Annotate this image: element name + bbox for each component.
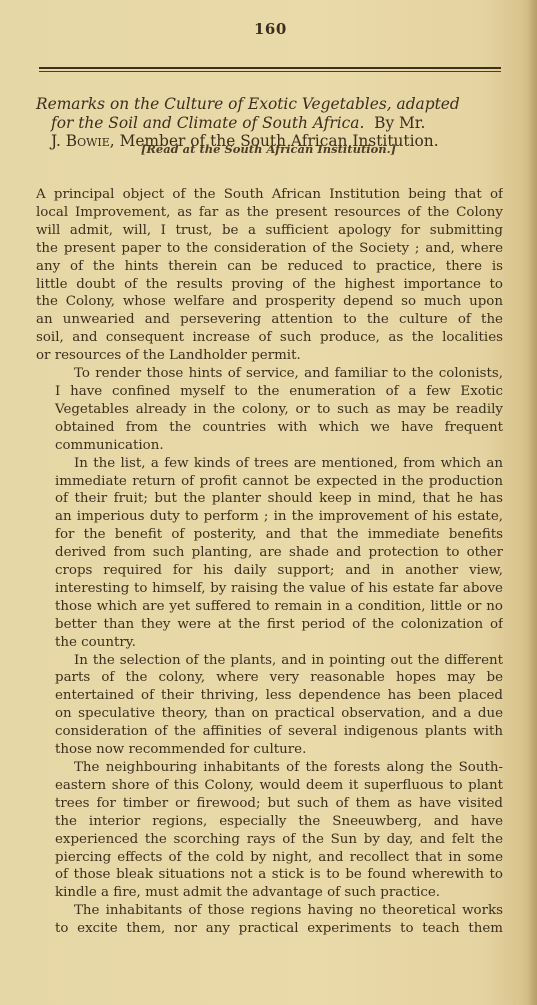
title-line-2: for the Soil and Climate of South Africa… [36, 114, 502, 133]
text-line: experienced the scorching rays of the Su… [36, 831, 503, 849]
text-line: crops required for his daily support; an… [36, 562, 503, 580]
article-body: A principal object of the South African … [36, 186, 503, 938]
paragraph-4: In the selection of the plants, and in p… [36, 652, 503, 759]
paragraph-3: In the list, a few kinds of trees are me… [36, 455, 503, 652]
text-line: any of the hints therein can be reduced … [36, 258, 503, 276]
text-line: communication. [36, 437, 503, 455]
text-line: soil, and consequent increase of such pr… [36, 329, 503, 347]
text-line: an unwearied and persevering attention t… [36, 311, 503, 329]
paragraph-5: The neighbouring inhabitants of the fore… [36, 759, 503, 902]
text-line: the interior regions, especially the Sne… [36, 813, 503, 831]
title-line-1: Remarks on the Culture of Exotic Vegetab… [36, 95, 502, 114]
book-page: 160 Remarks on the Culture of Exotic Veg… [0, 0, 537, 1005]
text-line: derived from such planting, are shade an… [36, 544, 503, 562]
text-line: obtained from the countries with which w… [36, 419, 503, 437]
text-line: The inhabitants of those regions having … [36, 902, 503, 920]
text-line: those now recommended for culture. [36, 741, 503, 759]
text-line: to excite them, nor any practical experi… [36, 920, 503, 938]
text-line: The neighbouring inhabitants of the fore… [36, 759, 503, 777]
text-line: immediate return of profit cannot be exp… [36, 473, 503, 491]
read-at-note: [Read at the South African Institution.] [0, 142, 537, 156]
text-line: for the benefit of posterity, and that t… [36, 526, 503, 544]
text-line: entertained of their thriving, less depe… [36, 687, 503, 705]
text-line: the present paper to the consideration o… [36, 240, 503, 258]
text-line: will admit, will, I trust, be a sufficie… [36, 222, 503, 240]
paragraph-1: A principal object of the South African … [36, 186, 503, 365]
text-line: the Colony, whose welfare and prosperity… [36, 293, 503, 311]
text-line: piercing effects of the cold by night, a… [36, 849, 503, 867]
text-line: A principal object of the South African … [36, 186, 503, 204]
text-line: I have confined myself to the enumeratio… [36, 383, 503, 401]
text-line: eastern shore of this Colony, would deem… [36, 777, 503, 795]
text-line: or resources of the Landholder permit. [36, 347, 503, 365]
text-line: In the selection of the plants, and in p… [36, 652, 503, 670]
header-rule-thick [39, 67, 501, 69]
header-rule-thin [39, 71, 501, 72]
text-line: parts of the colony, where very reasonab… [36, 669, 503, 687]
paragraph-6: The inhabitants of those regions having … [36, 902, 503, 938]
text-line: an imperious duty to perform ; in the im… [36, 508, 503, 526]
text-line: on speculative theory, than on practical… [36, 705, 503, 723]
text-line: local Improvement, as far as the present… [36, 204, 503, 222]
text-line: kindle a fire, must admit the advantage … [36, 884, 503, 902]
text-line: the country. [36, 634, 503, 652]
text-line: better than they were at the first perio… [36, 616, 503, 634]
text-line: those which are yet suffered to remain i… [36, 598, 503, 616]
text-line: In the list, a few kinds of trees are me… [36, 455, 503, 473]
byline-prefix: By Mr. [374, 114, 425, 132]
title-line-2-italic: for the Soil and Climate of South Africa… [51, 114, 364, 132]
text-line: of their fruit; but the planter should k… [36, 490, 503, 508]
text-line: consideration of the affinities of sever… [36, 723, 503, 741]
text-line: To render those hints of service, and fa… [36, 365, 503, 383]
text-line: trees for timber or firewood; but such o… [36, 795, 503, 813]
text-line: interesting to himself, by raising the v… [36, 580, 503, 598]
text-line: of those bleak situations not a stick is… [36, 866, 503, 884]
paragraph-2: To render those hints of service, and fa… [36, 365, 503, 455]
page-number: 160 [254, 20, 287, 38]
text-line: Vegetables already in the colony, or to … [36, 401, 503, 419]
text-line: little doubt of the results proving of t… [36, 276, 503, 294]
